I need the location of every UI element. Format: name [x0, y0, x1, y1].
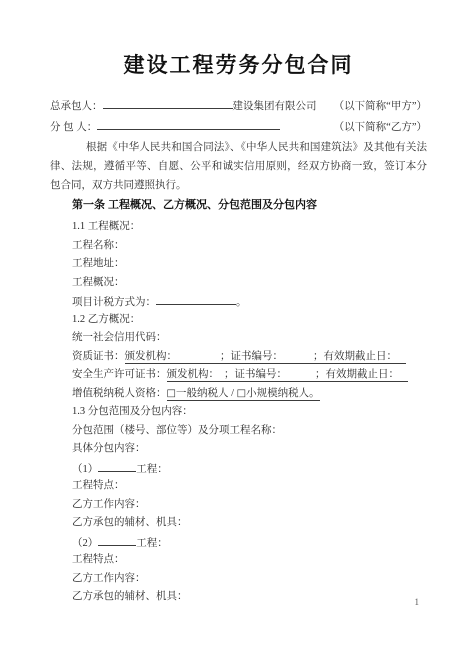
subcontractor-label: 分 包 人： [50, 122, 97, 133]
item1-blank [98, 459, 136, 472]
project-name-label: 工程名称： [72, 240, 125, 251]
item2-feature-line: 工程特点： [50, 551, 427, 570]
item1-line: （1）工程： [50, 459, 427, 478]
subcontract-scope-label: 分包范围（楼号、部位等）及分项工程名称： [72, 425, 282, 436]
work-content-label: 乙方工作内容： [72, 573, 146, 584]
section-1-3-title: 1.3 分包范围及分包内容： [50, 403, 427, 422]
project-overview-line: 工程概况： [50, 274, 427, 293]
article1-heading: 第一条 工程概况、乙方概况、分包范围及分包内容 [50, 196, 427, 215]
vat-separator: / [228, 388, 236, 399]
vat-label: 增值税纳税人资格： [72, 388, 167, 399]
article1-body: 1.1 工程概况： 工程名称： 工程地址： 工程概况： 项目计税方式为：。 1.… [50, 218, 427, 607]
expiry-blank [399, 376, 408, 377]
tax-method-label: 项目计税方式为： [72, 297, 156, 308]
cert-no-blank [287, 376, 315, 377]
item1-materials-line: 乙方承包的辅材、机具： [50, 514, 427, 533]
issuing-agency-label: 颁发机构： [125, 351, 178, 362]
subcontract-content-label: 具体分包内容： [72, 443, 146, 454]
credit-code-line: 统一社会信用代码： [50, 329, 427, 348]
parties-block: 总承包人：建设集团有限公司 （以下简称“甲方”） 分 包 人： （以下简称“乙方… [50, 96, 427, 138]
checkbox-small-scale-taxpayer-icon: □ [237, 388, 246, 399]
subcontractor-line: 分 包 人： （以下简称“乙方”） [50, 117, 427, 138]
qualification-label: 资质证书： [72, 351, 125, 362]
project-name-line: 工程名称： [50, 237, 427, 256]
checkbox-general-taxpayer-icon: □ [167, 388, 176, 399]
subcontractor-blank [97, 117, 280, 130]
item2-work-content-line: 乙方工作内容： [50, 570, 427, 589]
item1-work-content-line: 乙方工作内容： [50, 496, 427, 515]
expiry-blank [397, 358, 406, 359]
document-page: 建设工程劳务分包合同 总承包人：建设集团有限公司 （以下简称“甲方”） 分 包 … [0, 0, 463, 655]
vat-taxpayer-line: 增值税纳税人资格：□一般纳税人 / □小规模纳税人。 [50, 385, 427, 404]
vat-general-option: 一般纳税人 [176, 388, 229, 399]
materials-label: 乙方承包的辅材、机具： [72, 517, 188, 528]
expiry-date-label: ；有效期截止日： [315, 369, 399, 380]
issuing-agency-label: 颁发机构： [167, 369, 220, 380]
project-address-label: 工程地址： [72, 258, 125, 269]
tax-method-line: 项目计税方式为：。 [50, 292, 427, 311]
qualification-underlined-fields: 颁发机构：；证书编号：；有效期截止日： [125, 350, 407, 364]
project-overview-label: 工程概况： [72, 277, 125, 288]
section-1-1-label: 1.1 工程概况： [72, 221, 140, 232]
vat-options-underlined: □一般纳税人 / □小规模纳税人。 [167, 387, 320, 401]
general-contractor-line: 总承包人：建设集团有限公司 （以下简称“甲方”） [50, 96, 427, 117]
cert-no-label: ；证书编号： [224, 369, 287, 380]
party-a-alias: （以下简称“甲方”） [334, 96, 427, 117]
safety-license-label: 安全生产许可证书： [72, 369, 167, 380]
feature-label: 工程特点： [72, 480, 125, 491]
materials-label: 乙方承包的辅材、机具： [72, 591, 188, 602]
cert-no-label: ；证书编号： [220, 351, 283, 362]
section-1-3-label: 1.3 分包范围及分包内容： [72, 406, 193, 417]
preamble-paragraph: 根据《中华人民共和国合同法》、《中华人民共和国建筑法》及其他有关法律、法规，遵循… [50, 138, 427, 195]
document-title: 建设工程劳务分包合同 [50, 53, 427, 79]
subcontract-content-line: 具体分包内容： [50, 440, 427, 459]
tax-method-period: 。 [236, 297, 247, 308]
qualification-cert-line: 资质证书：颁发机构：；证书编号：；有效期截止日： [50, 348, 427, 367]
general-contractor-suffix: 建设集团有限公司 [233, 101, 317, 112]
work-content-label: 乙方工作内容： [72, 499, 146, 510]
item1-suffix: 工程： [136, 464, 168, 475]
item2-number: （2） [72, 538, 98, 549]
tax-method-blank [156, 292, 236, 305]
vat-small-scale-option: 小规模纳税人。 [246, 388, 320, 399]
cert-no-blank [283, 358, 313, 359]
item1-feature-line: 工程特点： [50, 477, 427, 496]
safety-underlined-fields: 颁发机构：；证书编号：；有效期截止日： [167, 368, 409, 382]
general-contractor-blank [103, 96, 233, 109]
subcontract-scope-line: 分包范围（楼号、部位等）及分项工程名称： [50, 422, 427, 441]
party-b-alias: （以下简称“乙方”） [334, 117, 427, 138]
issuing-agency-blank [177, 358, 220, 359]
item1-number: （1） [72, 464, 98, 475]
general-contractor-label: 总承包人： [50, 101, 103, 112]
section-1-2-title: 1.2 乙方概况： [50, 311, 427, 330]
item2-blank [98, 533, 136, 546]
section-1-1-title: 1.1 工程概况： [50, 218, 427, 237]
item2-suffix: 工程： [136, 538, 168, 549]
item2-line: （2）工程： [50, 533, 427, 552]
safety-license-line: 安全生产许可证书：颁发机构：；证书编号：；有效期截止日： [50, 366, 427, 385]
expiry-date-label: ；有效期截止日： [313, 351, 397, 362]
section-1-2-label: 1.2 乙方概况： [72, 314, 140, 325]
project-address-line: 工程地址： [50, 255, 427, 274]
credit-code-label: 统一社会信用代码： [72, 332, 167, 343]
item2-materials-line: 乙方承包的辅材、机具： [50, 588, 427, 607]
feature-label: 工程特点： [72, 554, 125, 565]
page-number: 1 [415, 597, 420, 607]
